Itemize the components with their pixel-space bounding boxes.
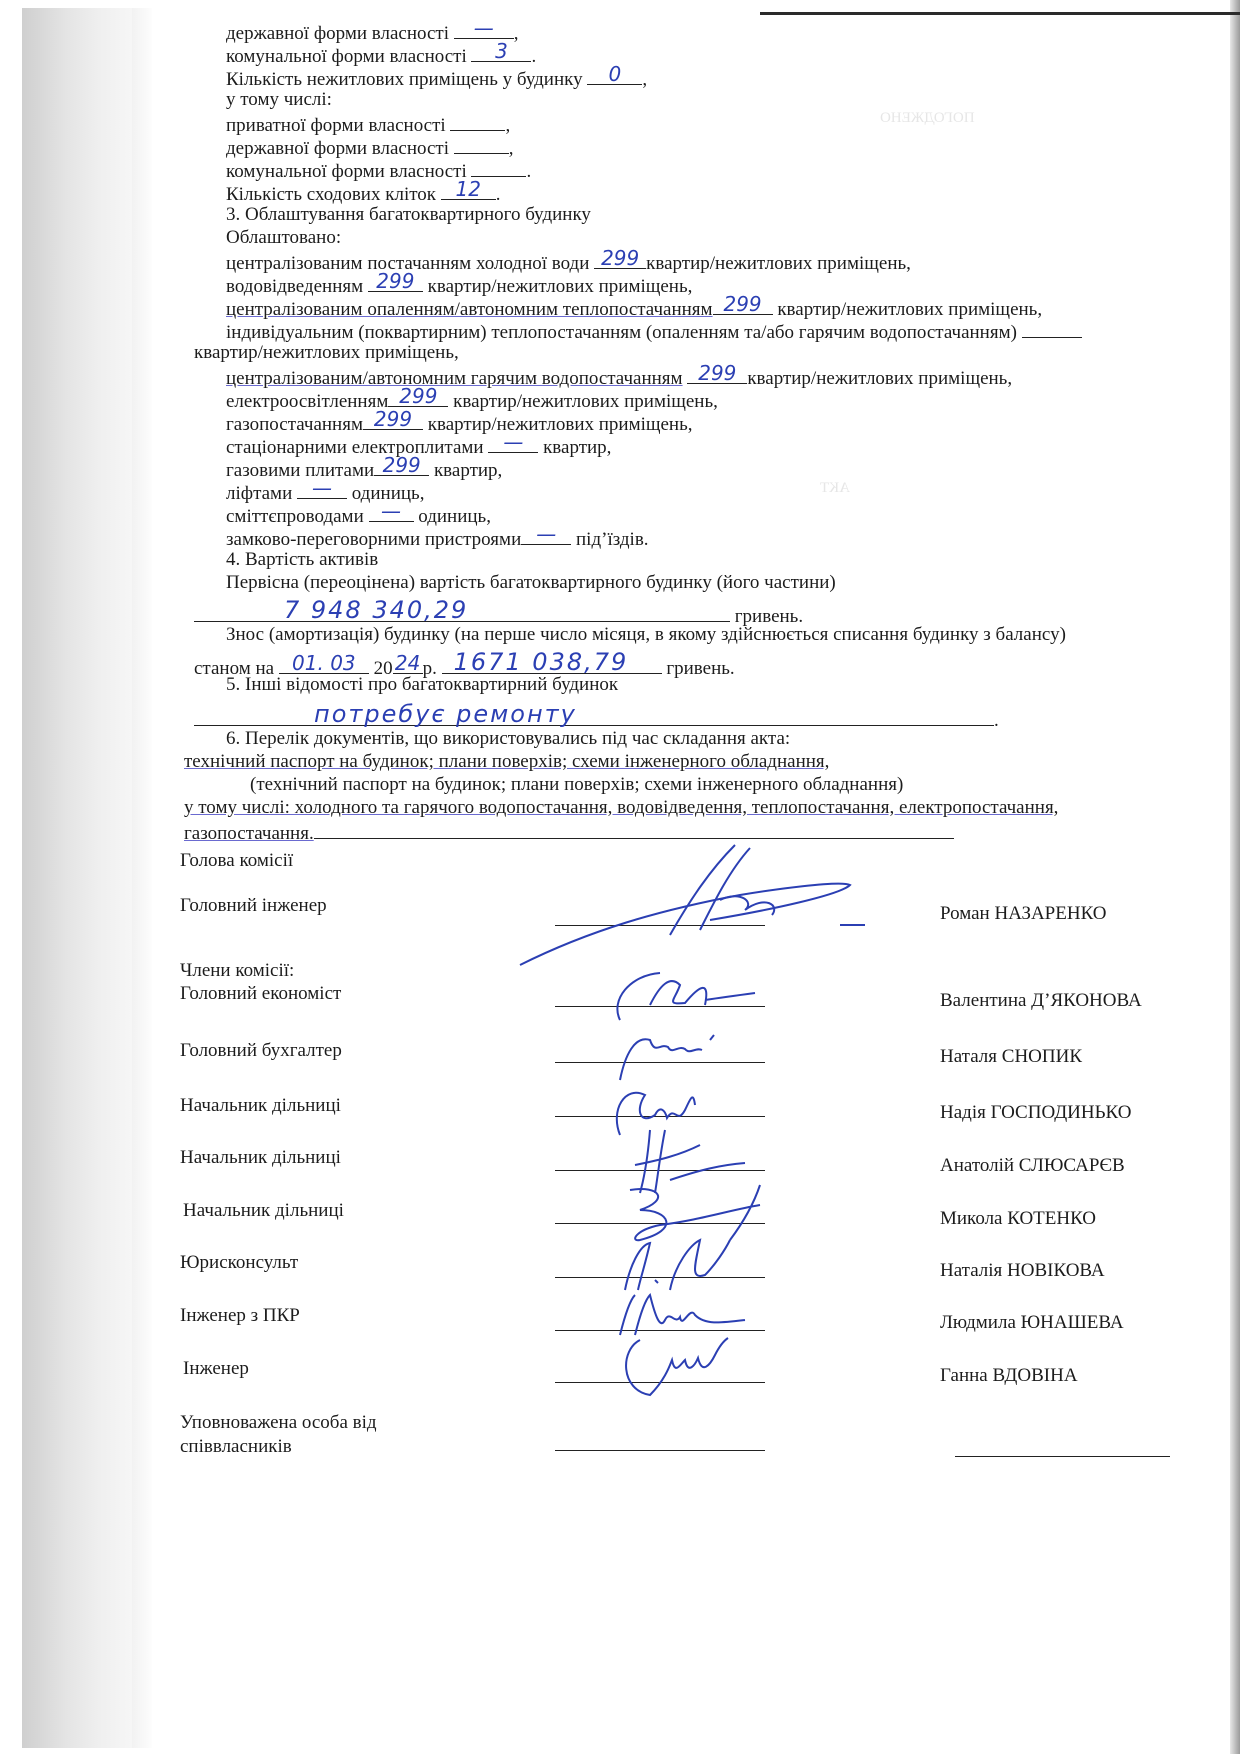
communal-ownership-row-1: комунальної форми власності 3. xyxy=(226,43,536,68)
private-ownership-row: приватної форми власності , xyxy=(226,112,510,137)
documents-hint: (технічний паспорт на будинок; плани пов… xyxy=(250,774,903,796)
documents-line-1: технічний паспорт на будинок; плани пове… xyxy=(184,751,829,773)
signature-role: Інженер xyxy=(183,1358,249,1380)
signatory-name: Микола КОТЕНКО xyxy=(940,1208,1096,1230)
electric-lighting-field[interactable]: 299 xyxy=(388,388,448,407)
electric-stoves-field[interactable]: — xyxy=(488,434,538,453)
signature-role: Начальник дільниці xyxy=(180,1147,341,1169)
hot-water-row: централізованим/автономним гарячим водоп… xyxy=(226,365,1012,390)
signature-scribble-chief-accountant xyxy=(610,1025,730,1085)
section-6-title: 6. Перелік документів, що використовувал… xyxy=(226,728,790,750)
signatory-name: Анатолій СЛЮСАРЄВ xyxy=(940,1155,1125,1177)
scan-top-edge xyxy=(760,12,1240,15)
hot-water-field[interactable]: 299 xyxy=(687,365,747,384)
gas-supply-row: газопостачанням299 квартир/нежитлових пр… xyxy=(226,411,693,436)
signature-role: Уповноважена особа від xyxy=(180,1412,377,1434)
signatory-name: Наталія НОВІКОВА xyxy=(940,1260,1105,1282)
signature-scribble-chief-economist xyxy=(590,965,760,1025)
state-ownership-field-2[interactable] xyxy=(454,135,509,154)
signatory-name: Валентина Д’ЯКОНОВА xyxy=(940,990,1142,1012)
elevators-field[interactable]: — xyxy=(297,480,347,499)
section-3-title: 3. Облаштування багатоквартирного будинк… xyxy=(226,204,591,226)
signature-role: Начальник дільниці xyxy=(183,1200,344,1222)
intercoms-row: замково-переговорними пристроями— під’їз… xyxy=(226,526,649,551)
private-ownership-field[interactable] xyxy=(450,112,505,131)
gas-stoves-field[interactable]: 299 xyxy=(374,457,429,476)
signatory-name: Ганна ВДОВІНА xyxy=(940,1365,1078,1387)
stairwells-row: Кількість сходових кліток 12. xyxy=(226,181,501,206)
signature-role: Голова комісії xyxy=(180,850,293,872)
signature-role: Юрисконсульт xyxy=(180,1252,298,1274)
signatory-name: Надія ГОСПОДИНЬКО xyxy=(940,1102,1131,1124)
signatory-name: Наталя СНОПИК xyxy=(940,1046,1082,1068)
cold-water-field[interactable]: 299 xyxy=(594,250,646,269)
communal-ownership-field-2[interactable] xyxy=(471,158,526,177)
including-label: у тому числі: xyxy=(226,89,332,111)
name-line-co-owners-representative[interactable] xyxy=(955,1456,1170,1457)
heating-row: централізованим опаленням/автономним теп… xyxy=(226,296,1042,321)
bleed-through-text: АКТ xyxy=(820,480,850,497)
bleed-through-text: ПОГОДЖЕНО xyxy=(880,110,975,127)
garbage-chutes-row: сміттєпроводами — одиниць, xyxy=(226,503,491,528)
nonresidential-count-field[interactable]: 0 xyxy=(587,66,642,85)
scan-right-edge xyxy=(1230,0,1240,1754)
drainage-row: водовідведенням 299 квартир/нежитлових п… xyxy=(226,273,692,298)
nonresidential-count-row: Кількість нежитлових приміщень у будинку… xyxy=(226,66,647,91)
section-4-title: 4. Вартість активів xyxy=(226,549,378,571)
signatory-name: Роман НАЗАРЕНКО xyxy=(940,903,1107,925)
individual-heating-field[interactable] xyxy=(1022,319,1082,338)
electric-lighting-row: електроосвітленням299 квартир/нежитлових… xyxy=(226,388,718,413)
scan-binding-shadow xyxy=(132,8,152,1748)
state-ownership-row-2: державної форми власності , xyxy=(226,135,514,160)
signature-role: Головний економіст xyxy=(180,983,341,1005)
signature-role: співвласників xyxy=(180,1436,292,1458)
depreciation-year-field[interactable]: 24 xyxy=(393,649,423,674)
signature-role: Інженер з ПКР xyxy=(180,1305,300,1327)
other-info-field[interactable]: потребує ремонту xyxy=(194,699,994,726)
signature-role: Начальник дільниці xyxy=(180,1095,341,1117)
intercoms-field[interactable]: — xyxy=(521,526,571,545)
scan-binding-edge xyxy=(22,8,132,1748)
cold-water-row: централізованим постачанням холодної вод… xyxy=(226,250,911,275)
heating-field[interactable]: 299 xyxy=(713,296,773,315)
signature-role: Головний бухгалтер xyxy=(180,1040,342,1062)
individual-heating-row: індивідуальним (поквартирним) теплопоста… xyxy=(226,319,1082,344)
documents-line-2: у тому числі: холодного та гарячого водо… xyxy=(184,797,1058,819)
depreciation-label: Знос (амортизація) будинку (на перше чис… xyxy=(226,624,1066,646)
initial-value-label: Первісна (переоцінена) вартість багатокв… xyxy=(226,572,836,594)
depreciation-date-field[interactable]: 01. 03 xyxy=(279,649,369,674)
individual-heating-unit: квартир/нежитлових приміщень, xyxy=(194,342,459,364)
communal-ownership-field[interactable]: 3 xyxy=(471,43,531,62)
signature-scribble-chief-engineer xyxy=(510,840,880,970)
section-5-title: 5. Інші відомості про багатоквартирний б… xyxy=(226,674,618,696)
drainage-field[interactable]: 299 xyxy=(368,273,423,292)
gas-supply-field[interactable]: 299 xyxy=(363,411,423,430)
signatory-name: Людмила ЮНАШЕВА xyxy=(940,1312,1124,1334)
garbage-chutes-field[interactable]: — xyxy=(369,503,414,522)
initial-value-field[interactable]: 7 948 340,29 xyxy=(194,597,730,622)
equipped-label: Облаштовано: xyxy=(226,227,341,249)
depreciation-value-field[interactable]: 1671 038,79 xyxy=(442,649,662,674)
signature-role: Головний інженер xyxy=(180,895,327,917)
gas-stoves-row: газовими плитами299 квартир, xyxy=(226,457,502,482)
stairwells-field[interactable]: 12 xyxy=(441,181,496,200)
signature-scribble-engineer xyxy=(610,1330,740,1400)
signature-role: Члени комісії: xyxy=(180,960,294,982)
state-ownership-field[interactable]: — xyxy=(454,20,514,39)
signature-line-co-owners-representative[interactable] xyxy=(555,1450,765,1451)
